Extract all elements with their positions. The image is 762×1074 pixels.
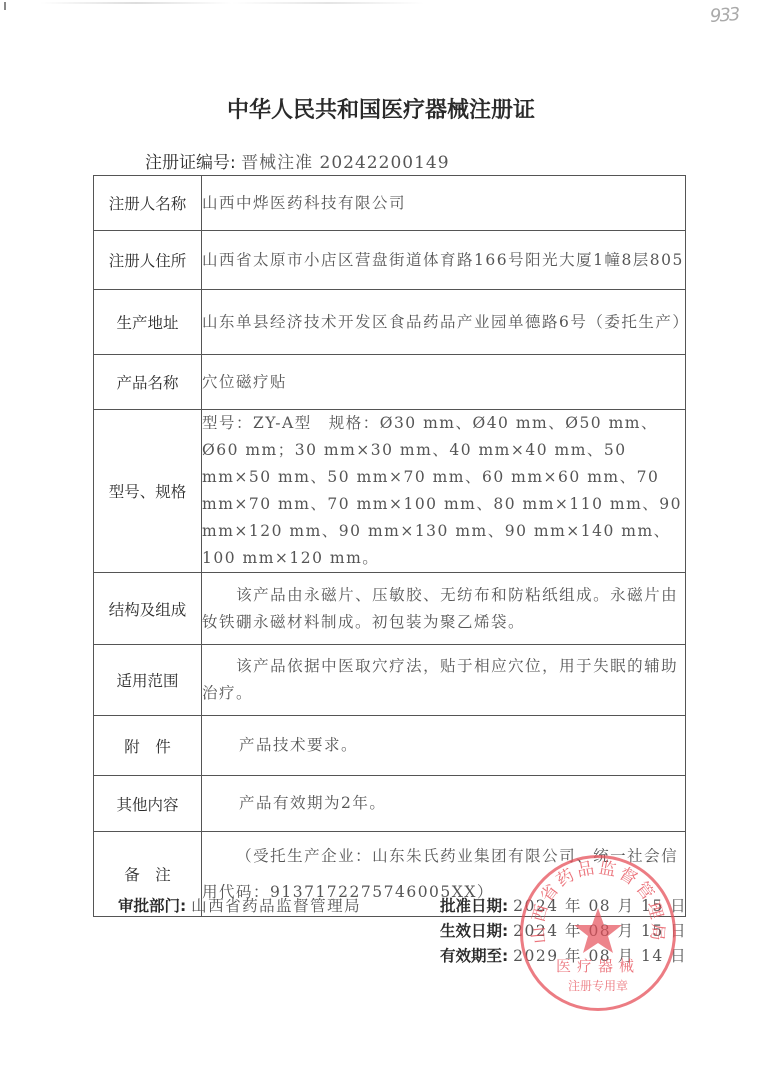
row-value-text: 产品技术要求。 bbox=[202, 732, 685, 759]
table-row-attachment: 附 件 产品技术要求。 bbox=[94, 716, 686, 776]
row-value: 山西省太原市小店区营盘街道体育路166号阳光大厦1幢8层805 bbox=[202, 231, 686, 290]
effective-date-value: 2024 年 08 月 15 日 bbox=[513, 922, 687, 940]
table-row-scope: 适用范围 该产品依据中医取穴疗法，贴于相应穴位，用于失眠的辅助治疗。 bbox=[94, 645, 686, 716]
approval-department: 审批部门: 山西省药品监督管理局 bbox=[118, 894, 361, 916]
row-value: 山东单县经济技术开发区食品药品产业园单德路6号（委托生产） bbox=[202, 290, 686, 355]
document-title: 中华人民共和国医疗器械注册证 bbox=[0, 93, 762, 124]
approval-department-label: 审批部门: bbox=[118, 897, 186, 915]
handwritten-page-number: 933 bbox=[709, 4, 739, 27]
registration-number: 注册证编号: 晋械注准 20242200149 bbox=[145, 148, 450, 173]
row-value: 产品有效期为2年。 bbox=[202, 776, 686, 832]
row-value: 产品技术要求。 bbox=[202, 716, 686, 776]
row-value: 该产品依据中医取穴疗法，贴于相应穴位，用于失眠的辅助治疗。 bbox=[202, 645, 686, 716]
row-label: 附 件 bbox=[94, 716, 202, 776]
row-label: 产品名称 bbox=[94, 355, 202, 410]
scan-artifact-mark bbox=[4, 2, 6, 10]
row-value-text: 该产品依据中医取穴疗法，贴于相应穴位，用于失眠的辅助治疗。 bbox=[202, 653, 685, 707]
row-label: 注册人住所 bbox=[94, 231, 202, 290]
svg-text:注册专用章: 注册专用章 bbox=[568, 978, 628, 993]
row-label: 生产地址 bbox=[94, 290, 202, 355]
certificate-table: 注册人名称 山西中烨医药科技有限公司 注册人住所 山西省太原市小店区营盘街道体育… bbox=[93, 175, 686, 917]
row-value: 型号：ZY-A型 规格：Ø30 mm、Ø40 mm、Ø50 mm、Ø60 mm；… bbox=[202, 410, 686, 573]
approval-date-label: 批准日期: bbox=[440, 897, 508, 915]
expiry-date-value: 2029 年 08 月 14 日 bbox=[513, 947, 687, 965]
approval-date-value: 2024 年 08 月 15 日 bbox=[513, 897, 687, 915]
table-row-registrant-name: 注册人名称 山西中烨医药科技有限公司 bbox=[94, 176, 686, 231]
effective-date: 生效日期: 2024 年 08 月 15 日 bbox=[440, 919, 687, 941]
row-value: 穴位磁疗贴 bbox=[202, 355, 686, 410]
row-value: 山西中烨医药科技有限公司 bbox=[202, 176, 686, 231]
row-label: 结构及组成 bbox=[94, 573, 202, 645]
table-row-registrant-address: 注册人住所 山西省太原市小店区营盘街道体育路166号阳光大厦1幢8层805 bbox=[94, 231, 686, 290]
approval-department-value: 山西省药品监督管理局 bbox=[191, 897, 361, 915]
table-row-structure: 结构及组成 该产品由永磁片、压敏胶、无纺布和防粘纸组成。永磁片由钕铁硼永磁材料制… bbox=[94, 573, 686, 645]
expiry-date: 有效期至: 2029 年 08 月 14 日 bbox=[440, 944, 687, 966]
table-row-production-address: 生产地址 山东单县经济技术开发区食品药品产业园单德路6号（委托生产） bbox=[94, 290, 686, 355]
row-label: 注册人名称 bbox=[94, 176, 202, 231]
row-value-text: 该产品由永磁片、压敏胶、无纺布和防粘纸组成。永磁片由钕铁硼永磁材料制成。初包装为… bbox=[202, 582, 685, 636]
effective-date-label: 生效日期: bbox=[440, 922, 508, 940]
table-row-model-spec: 型号、规格 型号：ZY-A型 规格：Ø30 mm、Ø40 mm、Ø50 mm、Ø… bbox=[94, 410, 686, 573]
table-row-product-name: 产品名称 穴位磁疗贴 bbox=[94, 355, 686, 410]
expiry-date-label: 有效期至: bbox=[440, 947, 508, 965]
registration-number-label: 注册证编号: bbox=[145, 153, 236, 173]
scan-artifact bbox=[40, 2, 520, 4]
row-label: 其他内容 bbox=[94, 776, 202, 832]
row-label: 适用范围 bbox=[94, 645, 202, 716]
approval-date: 批准日期: 2024 年 08 月 15 日 bbox=[440, 894, 687, 916]
table-row-other: 其他内容 产品有效期为2年。 bbox=[94, 776, 686, 832]
row-value: 该产品由永磁片、压敏胶、无纺布和防粘纸组成。永磁片由钕铁硼永磁材料制成。初包装为… bbox=[202, 573, 686, 645]
row-value-text: 产品有效期为2年。 bbox=[202, 790, 685, 817]
row-label: 型号、规格 bbox=[94, 410, 202, 573]
registration-number-value: 晋械注准 20242200149 bbox=[241, 153, 449, 173]
